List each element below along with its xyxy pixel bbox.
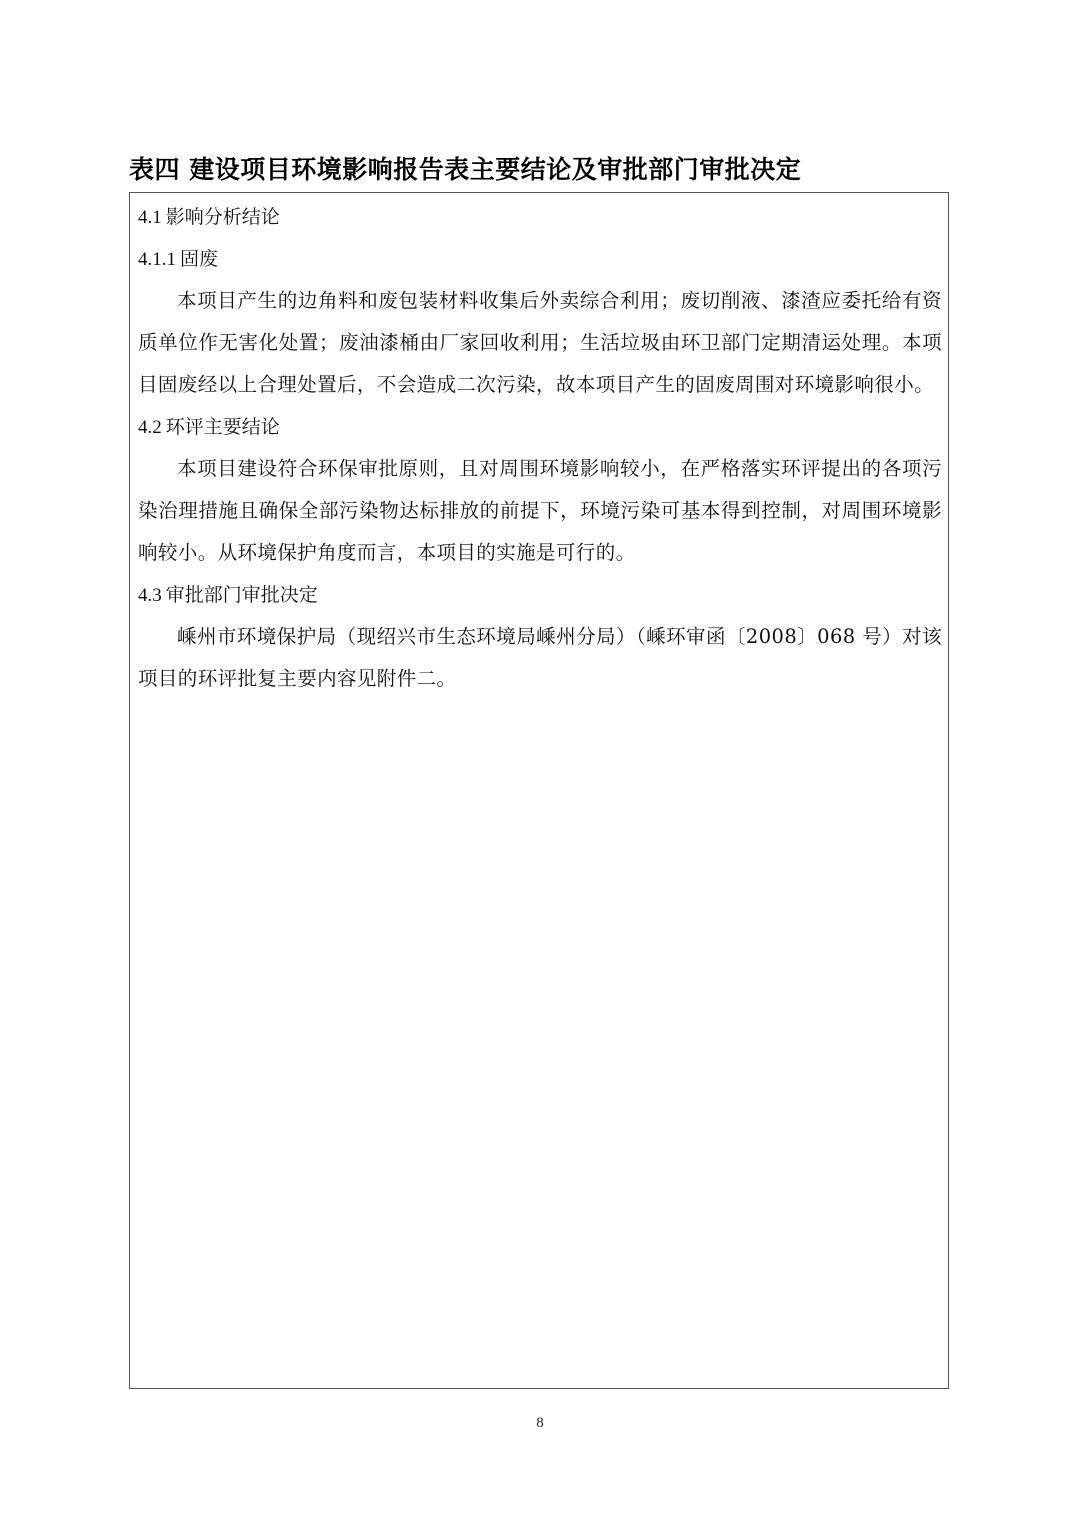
section-title: 审批部门审批决定 (166, 584, 318, 606)
section-title: 固废 (180, 248, 218, 270)
section-heading-4-1-1: 4.1.1固废 (138, 238, 942, 280)
section-number: 4.2 (138, 417, 162, 438)
page-number: 8 (0, 1415, 1080, 1432)
section-heading-4-1: 4.1影响分析结论 (138, 196, 942, 238)
section-heading-4-2: 4.2环评主要结论 (138, 406, 942, 448)
table-content: 4.1影响分析结论 4.1.1固废 本项目产生的边角料和废包装材料收集后外卖综合… (138, 196, 942, 700)
page-title: 表四 建设项目环境影响报告表主要结论及审批部门审批决定 (129, 152, 801, 188)
section-number: 4.1 (138, 207, 162, 228)
section-number: 4.1.1 (138, 249, 176, 270)
section-number: 4.3 (138, 585, 162, 606)
solid-waste-paragraph: 本项目产生的边角料和废包装材料收集后外卖综合利用；废切削液、漆渣应委托给有资质单… (138, 280, 942, 406)
section-heading-4-3: 4.3审批部门审批决定 (138, 574, 942, 616)
section-title: 环评主要结论 (166, 416, 280, 438)
eia-conclusion-paragraph: 本项目建设符合环保审批原则，且对周围环境影响较小，在严格落实环评提出的各项污染治… (138, 448, 942, 574)
approval-decision-paragraph: 嵊州市环境保护局（现绍兴市生态环境局嵊州分局）（嵊环审函〔2008〕068 号）… (138, 616, 942, 700)
section-title: 影响分析结论 (166, 206, 280, 228)
